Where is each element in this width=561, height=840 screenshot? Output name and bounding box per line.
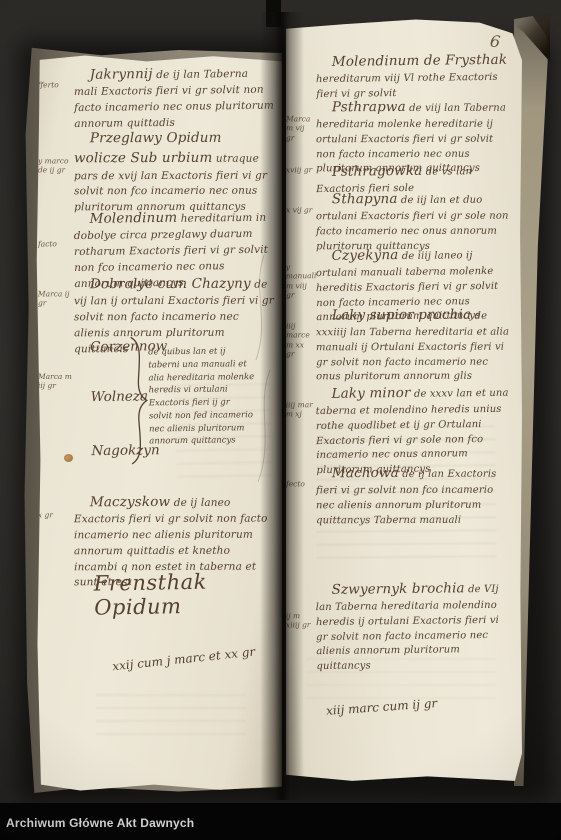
gutter-flourish <box>244 250 282 490</box>
entry-name: Laky supior prochia <box>332 307 471 323</box>
entry-body: hereditarum viij Vl rothe Exactoris fier… <box>316 72 498 100</box>
margin-note: iiij marce m xx gr <box>286 321 314 359</box>
entry-name: Jakrynnij <box>90 66 153 83</box>
grouping-brace <box>128 334 150 466</box>
margin-note: fecto <box>286 479 314 488</box>
entry-name: Molendinum <box>90 210 178 227</box>
sum-total-note: xxij cum j marc et xx gr <box>112 645 256 674</box>
entry-body: de quibus lan et ij taberni una manuali … <box>148 345 255 448</box>
entry-name: Machowa <box>332 465 399 481</box>
register-entry: Molendinum de Frysthak hereditarum viij … <box>286 51 523 103</box>
margin-note: x gr <box>38 510 72 519</box>
margin-note: facto <box>38 239 72 249</box>
bottom-band: Archiwum Główne Akt Dawnych <box>0 803 561 840</box>
margin-note: iiij mar m xj <box>286 400 314 419</box>
entry-name: Dobrolye cum Chazyny <box>90 276 251 293</box>
register-entry: ij m xiiij gr Szwyernyk brochia de VIj l… <box>285 579 522 676</box>
sum-total-note: xiij marc cum ij gr <box>326 696 438 718</box>
entry-name: Czyekyna <box>332 247 399 264</box>
folio-number: 6 <box>489 32 501 52</box>
wax-stain <box>64 454 73 462</box>
entry-name: Przeglawy Opidum wolicze Sub urbium <box>74 130 222 167</box>
right-page: 6 Molendinum de Frysthak hereditarum vii… <box>286 18 522 784</box>
entry-name: Psthragowka <box>332 163 423 180</box>
register-entry: fecto Machowa de ij lan Exactoris fieri … <box>286 464 522 529</box>
town-heading: Frensthak Opidum <box>94 568 283 619</box>
margin-note: y manuali m viij gr <box>286 262 314 300</box>
register-entry: iiij marce m xx gr Laky supior prochia d… <box>286 306 522 386</box>
entry-name: Laky minor <box>331 385 410 402</box>
margin-note: x vij gr <box>286 205 314 214</box>
entry-name: Psthrapwa <box>332 99 406 115</box>
margin-note: fferto <box>38 80 72 90</box>
register-entry: y marco de ij gr Przeglawy Opidum wolicz… <box>36 128 282 217</box>
entry-name: Maczyskow <box>90 494 170 510</box>
entry-name: Molendinum de Frysthak <box>332 52 508 70</box>
margin-note: xviij gr <box>286 165 314 175</box>
margin-note: ij m xiiij gr <box>286 611 314 630</box>
margin-note: Marca ij gr <box>38 289 72 308</box>
entry-name: Szwyernyk brochia <box>331 580 464 598</box>
margin-note: y marco de ij gr <box>38 156 72 175</box>
photo-backdrop: fferto Jakrynnij de ij lan Taberna mali … <box>0 0 561 840</box>
margin-note: Marca m iij gr <box>38 372 78 391</box>
archive-watermark: Archiwum Główne Akt Dawnych <box>6 816 194 830</box>
bookmark-ribbon <box>266 0 281 27</box>
bleedthrough-text <box>96 694 246 744</box>
margin-note: Marca m vij gr <box>286 114 314 142</box>
entry-name: Sthapyna <box>332 191 398 207</box>
register-entry: fferto Jakrynnij de ij lan Taberna mali … <box>36 62 283 133</box>
